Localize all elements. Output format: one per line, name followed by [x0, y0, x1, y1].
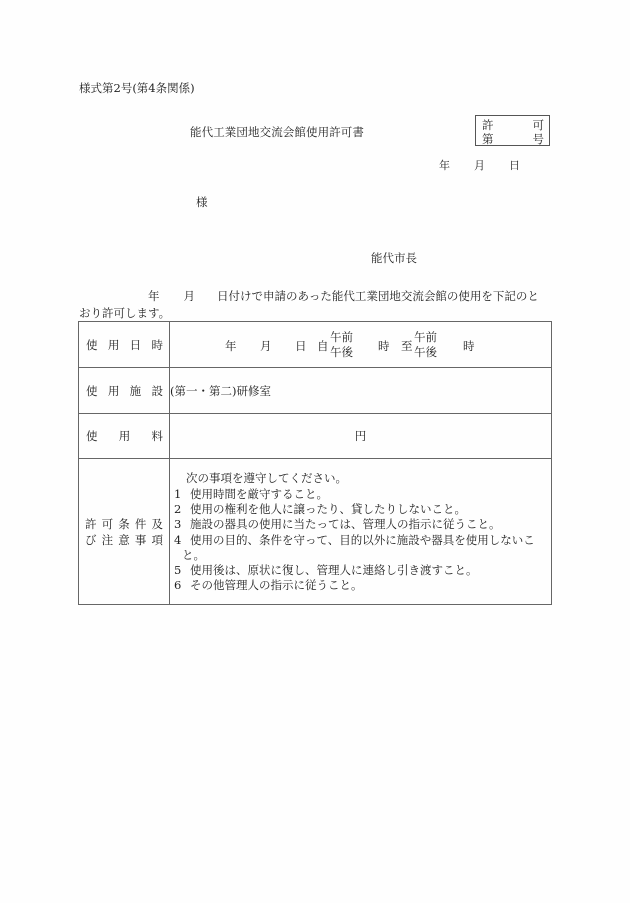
label-char: 事: [135, 532, 147, 548]
value-conditions: 次の事項を遵守してください。 1使用時間を厳守すること。 2使用の権利を他人に譲…: [170, 459, 552, 605]
condition-text: 使用時間を厳守すること。: [190, 487, 328, 501]
label-char: 件: [135, 516, 147, 532]
label-char: 用: [108, 337, 120, 353]
label-char: 料: [152, 428, 164, 444]
dt-hour-to: 時: [463, 338, 475, 354]
label-char: 日: [130, 337, 142, 353]
value-fee[interactable]: 円: [170, 414, 552, 459]
intro-text: 日付けで申請のあった能代工業団地交流会館の使用を下記のと: [217, 289, 539, 303]
label-fee: 使 用 料: [79, 414, 170, 459]
dt-ampm-to: 午前 午後: [414, 330, 437, 360]
table-row-usage-datetime: 使 用 日 時 年 月 日 自 午前 午後 時 至 午前 午後: [79, 322, 552, 368]
number-label-left: 第: [482, 131, 494, 147]
condition-continuation: と。: [174, 548, 551, 563]
condition-text: 使用の権利を他人に譲ったり、貸したりしないこと。: [190, 502, 466, 516]
label-char: 項: [152, 532, 164, 548]
dt-day: 日: [295, 338, 307, 354]
table-row-facility: 使 用 施 設 (第一・第二)研修室: [79, 368, 552, 414]
table-row-conditions: 許 可 条 件 及 び 注 意 事 項 次の事項を遵守してください。 1使用時間…: [79, 459, 552, 605]
issuer-name: 能代市長: [371, 250, 417, 266]
label-char: 使: [86, 383, 98, 399]
label-facility: 使 用 施 設: [79, 368, 170, 414]
permit-details-table: 使 用 日 時 年 月 日 自 午前 午後 時 至 午前 午後: [78, 321, 552, 605]
number-label-right: 号: [533, 131, 545, 147]
am-label: 午前: [414, 330, 437, 344]
label-char: 可: [102, 516, 114, 532]
intro-line-1: 年月日付けで申請のあった能代工業団地交流会館の使用を下記のと: [148, 288, 539, 304]
dt-year: 年: [225, 338, 237, 354]
table-row-fee: 使 用 料 円: [79, 414, 552, 459]
label-char: 使: [86, 337, 98, 353]
intro-month: 月: [184, 289, 196, 303]
label-char: 用: [108, 383, 120, 399]
condition-number: 3: [174, 517, 190, 532]
condition-text: 使用の目的、条件を守って、目的以外に施設や器具を使用しないこ: [190, 533, 535, 547]
condition-item: 5使用後は、原状に復し、管理人に連絡し引き渡すこと。: [174, 563, 551, 578]
label-char: 注: [102, 532, 114, 548]
condition-item: 4使用の目的、条件を守って、目的以外に施設や器具を使用しないこ: [174, 533, 551, 548]
label-char: び: [85, 532, 97, 548]
dt-month: 月: [260, 338, 272, 354]
label-char: 条: [118, 516, 130, 532]
issue-date: 年月日: [439, 157, 520, 173]
issue-day: 日: [509, 157, 520, 173]
pm-label: 午後: [330, 345, 353, 359]
condition-item: 2使用の権利を他人に譲ったり、貸したりしないこと。: [174, 502, 551, 517]
condition-text: 施設の器具の使用に当たっては、管理人の指示に従うこと。: [190, 517, 501, 531]
condition-number: 6: [174, 578, 190, 593]
label-char: 設: [151, 383, 163, 399]
condition-number: 1: [174, 487, 190, 502]
intro-line-2: おり許可します。: [79, 305, 170, 321]
label-char: 使: [86, 428, 98, 444]
label-char: 許: [85, 516, 97, 532]
recipient-suffix: 様: [196, 194, 208, 210]
document-title: 能代工業団地交流会館使用許可書: [190, 124, 364, 140]
condition-item: 1使用時間を厳守すること。: [174, 487, 551, 502]
form-number: 様式第2号(第4条関係): [79, 80, 195, 96]
condition-number: 5: [174, 563, 190, 578]
dt-ampm-from: 午前 午後: [330, 330, 353, 360]
label-char: 及: [152, 516, 164, 532]
condition-text: その他管理人の指示に従うこと。: [190, 578, 363, 592]
dt-from: 自: [317, 338, 329, 354]
label-char: 時: [151, 337, 163, 353]
condition-number: 4: [174, 533, 190, 548]
condition-number: 2: [174, 502, 190, 517]
pm-label: 午後: [414, 345, 437, 359]
value-facility[interactable]: (第一・第二)研修室: [170, 368, 552, 414]
label-conditions: 許 可 条 件 及 び 注 意 事 項: [79, 459, 170, 605]
condition-item: 3施設の器具の使用に当たっては、管理人の指示に従うこと。: [174, 517, 551, 532]
label-char: 施: [130, 383, 142, 399]
issue-month: 月: [474, 157, 485, 173]
dt-to: 至: [401, 338, 413, 354]
label-char: 意: [118, 532, 130, 548]
permit-number-box: 許 可 第 号: [475, 115, 550, 146]
conditions-lead: 次の事項を遵守してください。: [174, 471, 551, 486]
intro-year: 年: [148, 289, 160, 303]
dt-hour-from: 時: [378, 338, 390, 354]
am-label: 午前: [330, 330, 353, 344]
value-usage-datetime[interactable]: 年 月 日 自 午前 午後 時 至 午前 午後 時: [170, 322, 552, 368]
label-usage-datetime: 使 用 日 時: [79, 322, 170, 368]
condition-item: 6その他管理人の指示に従うこと。: [174, 578, 551, 593]
label-char: 用: [119, 428, 131, 444]
issue-year: 年: [439, 157, 450, 173]
condition-text: 使用後は、原状に復し、管理人に連絡し引き渡すこと。: [190, 563, 478, 577]
